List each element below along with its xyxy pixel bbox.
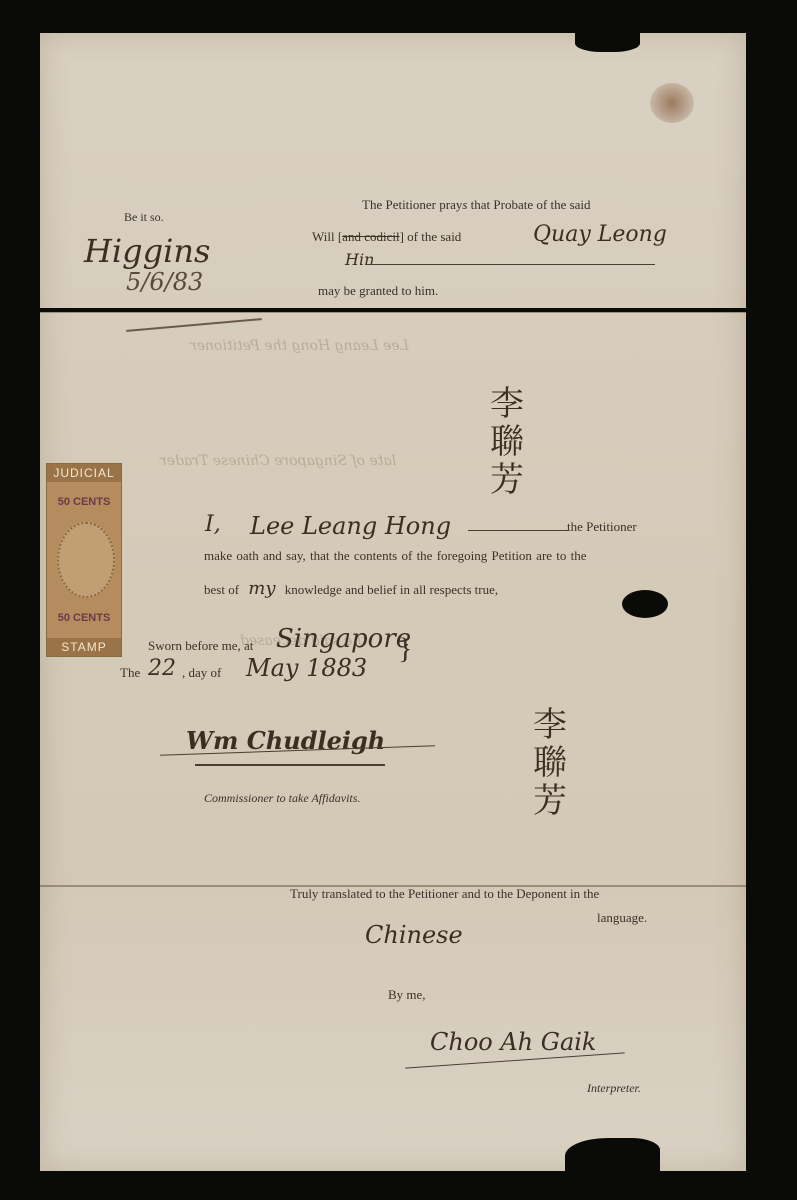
affidavit-i: I,: [205, 512, 221, 537]
stamp-portrait: [57, 522, 115, 598]
judicial-stamp: JUDICIAL 50 CENTS 50 CENTS STAMP: [46, 463, 122, 657]
torn-edge: [575, 30, 640, 52]
judge-signature: Higgins: [84, 232, 210, 270]
bleed-through-text: late of Singapore Chinese Trader: [160, 453, 396, 469]
chinese-signature-1: 李 聯 芳: [487, 385, 527, 499]
interpreter-title: Interpreter.: [587, 1081, 641, 1096]
petitioner-name: Lee Leang Hong: [250, 512, 451, 540]
interpreter-signature: Choo Ah Gaik: [430, 1028, 596, 1056]
brace: }: [398, 634, 412, 664]
sworn-place: Singapore: [276, 624, 411, 654]
hole: [622, 590, 668, 618]
signature-underline: [195, 764, 385, 766]
commissioner-title: Commissioner to take Affidavits.: [204, 791, 360, 806]
stamp-value-bottom: 50 CENTS: [53, 612, 115, 624]
by-me-label: By me,: [388, 987, 426, 1003]
order-date: 5/6/83: [126, 268, 203, 296]
sworn-label: Sworn before me, at: [148, 638, 253, 654]
stamp-value-top: 50 CENTS: [53, 496, 115, 508]
stamp-bottom-label: STAMP: [47, 638, 121, 656]
bleed-through-text: Lee Leang Hong the Petitioner: [190, 338, 409, 354]
petition-line-1: The Petitioner prays that Probate of the…: [362, 197, 591, 213]
affidavit-line-2: make oath and say, that the contents of …: [204, 548, 587, 564]
stain: [650, 83, 694, 123]
sworn-day: 22: [148, 656, 176, 681]
name-underline: [365, 264, 655, 265]
petition-line-2: Will [and codicil] of the said: [312, 229, 461, 245]
affidavit-line-1-end: the Petitioner: [567, 519, 637, 535]
stamp-top-label: JUDICIAL: [47, 464, 121, 482]
torn-edge: [565, 1138, 660, 1178]
deceased-name-2: Hin: [345, 250, 374, 269]
petition-line-3: may be granted to him.: [318, 283, 438, 299]
deceased-name: Quay Leong: [533, 222, 667, 247]
sworn-month-year: May 1883: [246, 654, 367, 682]
chinese-signature-2: 李 聯 芳: [530, 706, 570, 820]
translation-line-1: Truly translated to the Petitioner and t…: [290, 886, 599, 902]
the-label: The: [120, 665, 140, 681]
petitioner-underline: [468, 530, 568, 531]
language-label: language.: [597, 910, 647, 926]
tear-line: [40, 308, 746, 312]
day-of-label: , day of: [182, 665, 221, 681]
affidavit-line-3: best of my knowledge and belief in all r…: [204, 578, 498, 599]
be-it-so-label: Be it so.: [124, 210, 164, 225]
language-value: Chinese: [365, 921, 463, 949]
